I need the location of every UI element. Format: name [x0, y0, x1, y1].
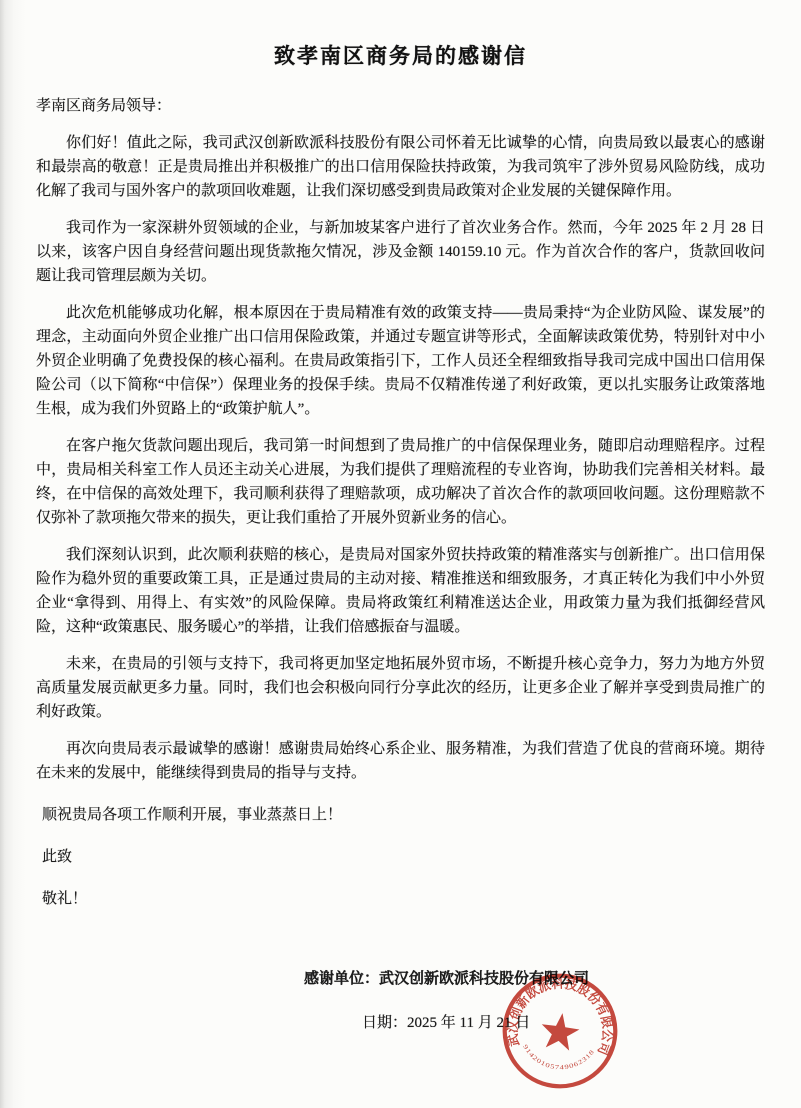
body-paragraph: 你们好！值此之际，我司武汉创新欧派科技股份有限公司怀着无比诚挚的心情，向贵局致以…: [36, 131, 765, 203]
letter-body: 你们好！值此之际，我司武汉创新欧派科技股份有限公司怀着无比诚挚的心情，向贵局致以…: [36, 131, 765, 785]
salutation-line: 孝南区商务局领导：: [36, 94, 765, 118]
body-paragraph: 再次向贵局表示最诚挚的感谢！感谢贵局始终心系企业、服务精准，为我们营造了优良的营…: [36, 737, 765, 785]
signature-label: 感谢单位：: [304, 971, 379, 987]
letter-title: 致孝南区商务局的感谢信: [36, 42, 765, 70]
salute-cizhi-line: 此致: [36, 845, 765, 869]
seal-graphic: 武汉创新欧派科技股份有限公司 91420105749062318: [500, 968, 620, 1094]
closing-wish-line: 顺祝贵局各项工作顺利开展，事业蒸蒸日上！: [36, 803, 765, 827]
salute-jingli-line: 敬礼！: [36, 887, 765, 911]
body-paragraph: 我司作为一家深耕外贸领域的企业，与新加坡某客户进行了首次业务合作。然而，今年 2…: [36, 216, 765, 288]
body-paragraph: 我们深刻认识到，此次顺利获赔的核心，是贵局对国家外贸扶持政策的精准落实与创新推广…: [36, 543, 765, 639]
letter-document: 致孝南区商务局的感谢信 孝南区商务局领导： 你们好！值此之际，我司武汉创新欧派科…: [0, 0, 801, 1108]
date-line: 日期：2025 年 11 月 21 日: [36, 1011, 765, 1035]
signature-line: 感谢单位：武汉创新欧派科技股份有限公司: [36, 967, 765, 991]
seal-company-arc-text: 武汉创新欧派科技股份有限公司: [502, 968, 620, 1062]
body-paragraph: 此次危机能够成功化解，根本原因在于贵局精准有效的政策支持——贵局秉持“为企业防风…: [36, 301, 765, 421]
body-paragraph: 在客户拖欠货款问题出现后，我司第一时间想到了贵局推广的中信保保理业务，随即启动理…: [36, 434, 765, 530]
date-label: 日期：: [362, 1015, 407, 1031]
body-paragraph: 未来，在贵局的引领与支持下，我司将更加坚定地拓展外贸市场，不断提升核心竞争力，努…: [36, 652, 765, 724]
star-icon: [539, 1011, 582, 1052]
company-seal-stamp: 武汉创新欧派科技股份有限公司 91420105749062318: [500, 968, 620, 1094]
seal-credit-code-text: 91420105749062318: [519, 1039, 597, 1076]
